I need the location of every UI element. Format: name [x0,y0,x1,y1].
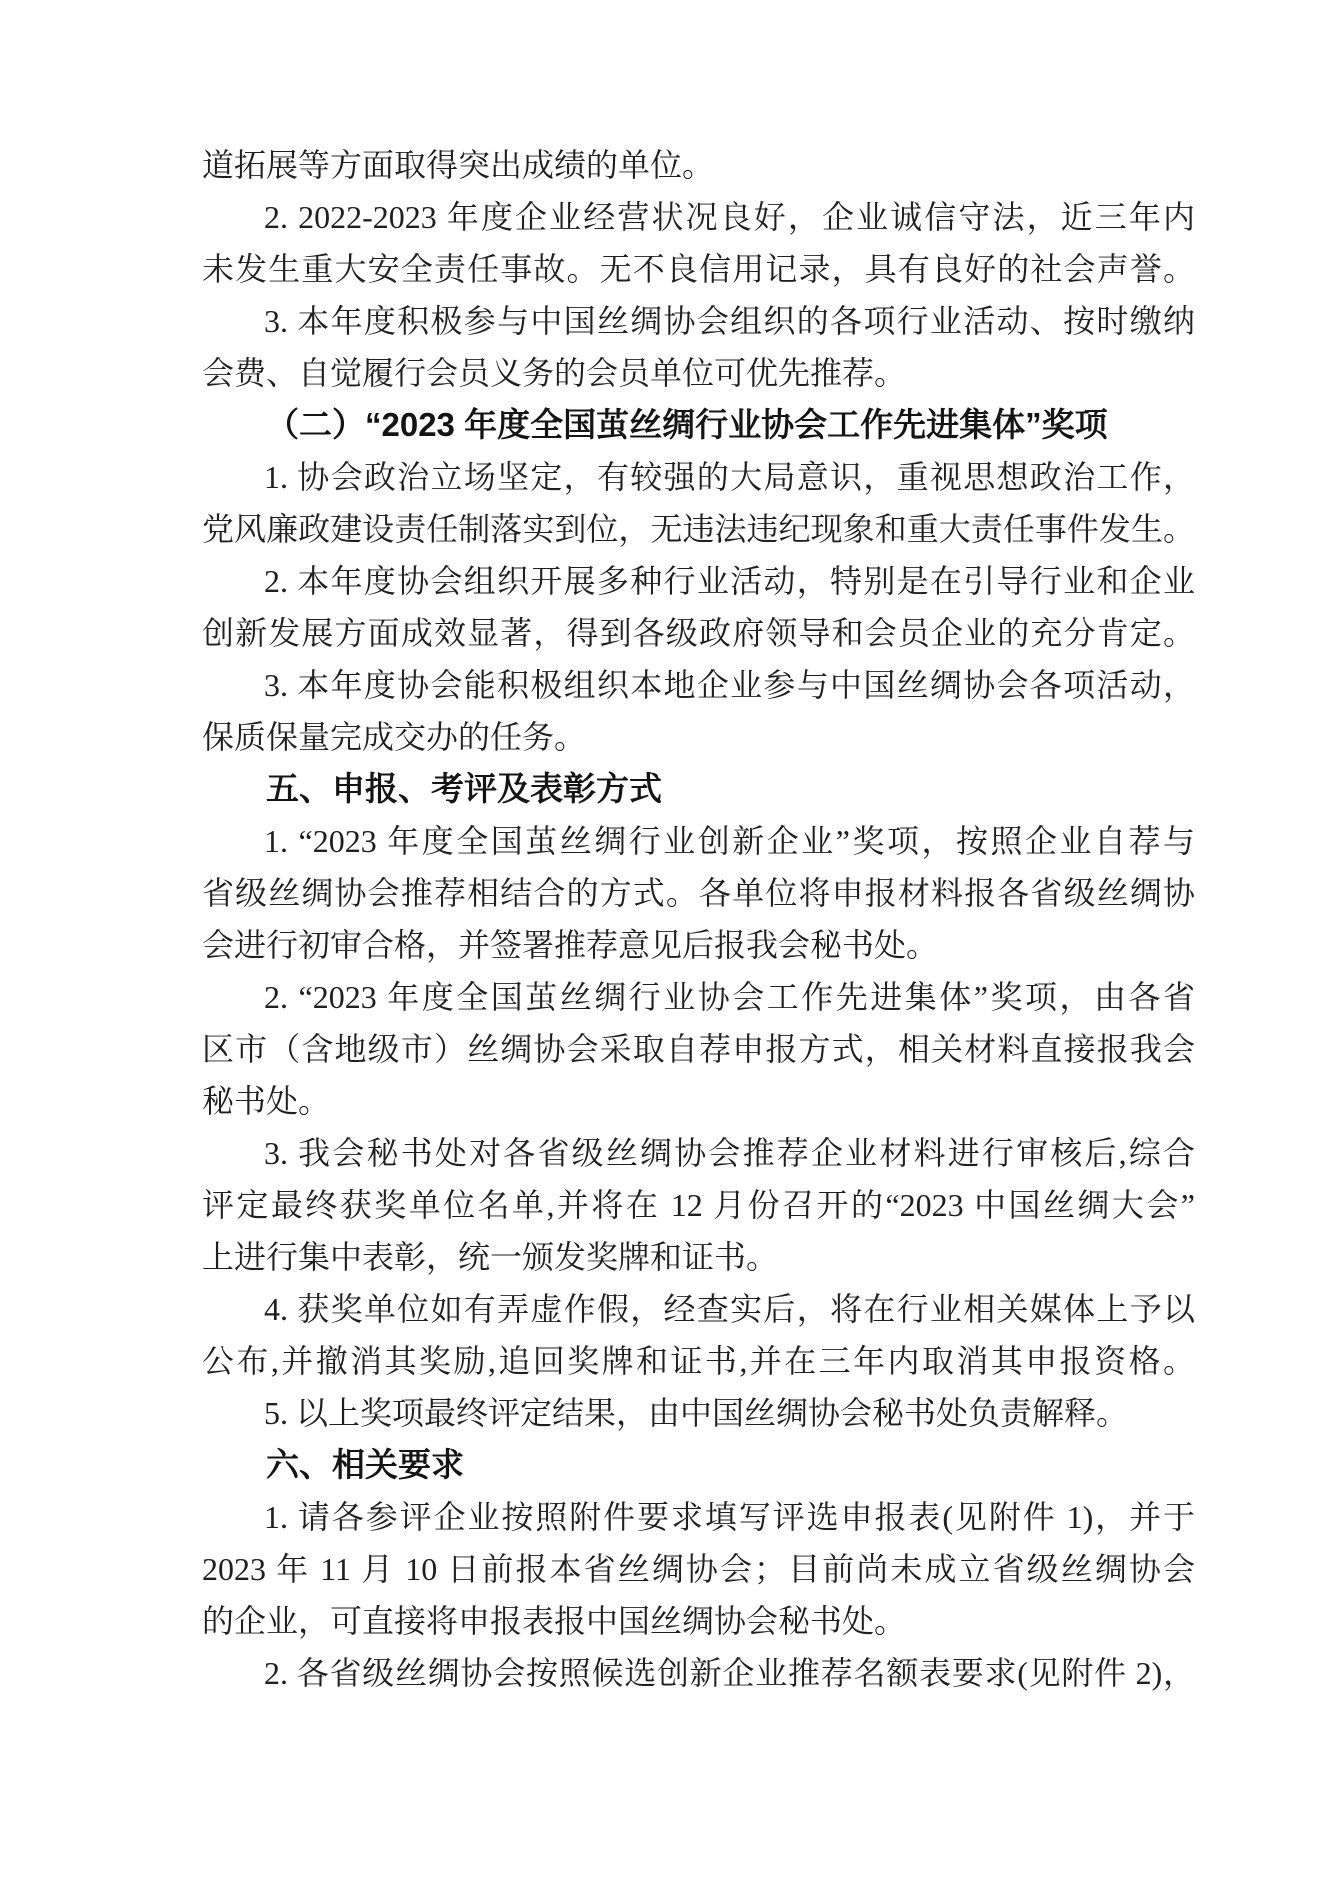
text-line: 3. 本年度积极参与中国丝绸协会组织的各项行业活动、按时缴纳 [202,295,1195,347]
text-line: 会费、自觉履行会员义务的会员单位可优先推荐。 [202,347,1195,399]
document-body: 道拓展等方面取得突出成绩的单位。2. 2022-2023 年度企业经营状况良好，… [202,139,1195,1699]
section-heading: （二）“2023 年度全国茧丝绸行业协会工作先进集体”奖项 [202,399,1195,451]
text-line: 2023 年 11 月 10 日前报本省丝绸协会；目前尚未成立省级丝绸协会 [202,1543,1195,1595]
text-line: 4. 获奖单位如有弄虚作假，经查实后，将在行业相关媒体上予以 [202,1283,1195,1335]
text-line: 道拓展等方面取得突出成绩的单位。 [202,139,1195,191]
text-line: 的企业，可直接将申报表报中国丝绸协会秘书处。 [202,1595,1195,1647]
text-line: 创新发展方面成效显著，得到各级政府领导和会员企业的充分肯定。 [202,607,1195,659]
text-line: 秘书处。 [202,1075,1195,1127]
section-heading: 五、申报、考评及表彰方式 [202,763,1195,815]
text-line: 省级丝绸协会推荐相结合的方式。各单位将申报材料报各省级丝绸协 [202,867,1195,919]
text-line: 上进行集中表彰，统一颁发奖牌和证书。 [202,1231,1195,1283]
text-line: 2. 各省级丝绸协会按照候选创新企业推荐名额表要求(见附件 2)， [202,1647,1195,1699]
text-line: 1. 协会政治立场坚定，有较强的大局意识，重视思想政治工作， [202,451,1195,503]
text-line: 3. 我会秘书处对各省级丝绸协会推荐企业材料进行审核后,综合 [202,1127,1195,1179]
text-line: 5. 以上奖项最终评定结果，由中国丝绸协会秘书处负责解释。 [202,1387,1195,1439]
text-line: 评定最终获奖单位名单,并将在 12 月份召开的“2023 中国丝绸大会” [202,1179,1195,1231]
text-line: 2. 2022-2023 年度企业经营状况良好，企业诚信守法，近三年内 [202,191,1195,243]
text-line: 2. “2023 年度全国茧丝绸行业协会工作先进集体”奖项，由各省 [202,971,1195,1023]
text-line: 3. 本年度协会能积极组织本地企业参与中国丝绸协会各项活动， [202,659,1195,711]
text-line: 1. 请各参评企业按照附件要求填写评选申报表(见附件 1)，并于 [202,1491,1195,1543]
text-line: 1. “2023 年度全国茧丝绸行业创新企业”奖项，按照企业自荐与 [202,815,1195,867]
text-line: 未发生重大安全责任事故。无不良信用记录，具有良好的社会声誉。 [202,243,1195,295]
text-line: 保质保量完成交办的任务。 [202,711,1195,763]
text-line: 区市（含地级市）丝绸协会采取自荐申报方式，相关材料直接报我会 [202,1023,1195,1075]
section-heading: 六、相关要求 [202,1439,1195,1491]
text-line: 会进行初审合格，并签署推荐意见后报我会秘书处。 [202,919,1195,971]
document-page: 道拓展等方面取得突出成绩的单位。2. 2022-2023 年度企业经营状况良好，… [0,0,1333,1884]
text-line: 党风廉政建设责任制落实到位，无违法违纪现象和重大责任事件发生。 [202,503,1195,555]
text-line: 2. 本年度协会组织开展多种行业活动，特别是在引导行业和企业 [202,555,1195,607]
text-line: 公布,并撤消其奖励,追回奖牌和证书,并在三年内取消其申报资格。 [202,1335,1195,1387]
